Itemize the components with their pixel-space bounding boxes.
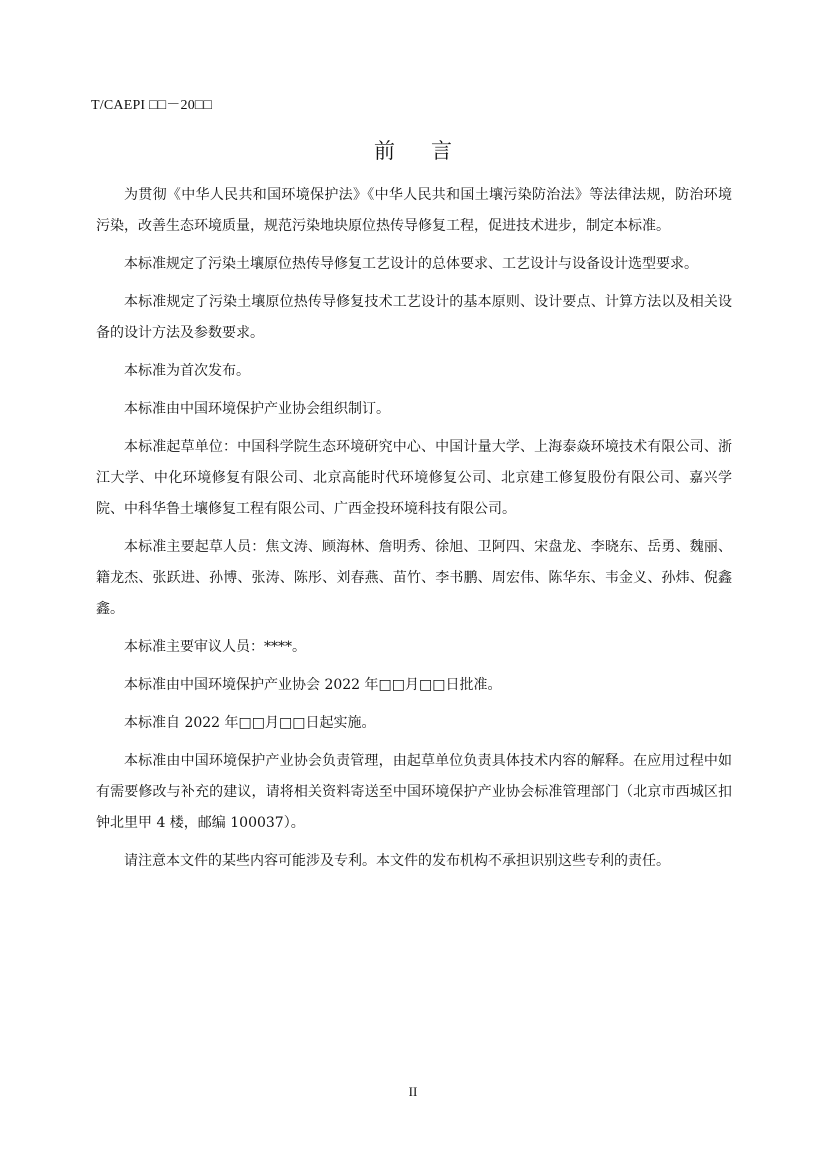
paragraph-effective-date: 本标准自 2022 年□□月□□日起实施。: [96, 708, 732, 739]
paragraph-management-contact: 本标准由中国环境保护产业协会负责管理，由起草单位负责具体技术内容的解释。在应用过…: [96, 746, 732, 839]
page-title: 前言: [0, 135, 826, 165]
document-number: T/CAEPI □□－20□□: [91, 94, 212, 114]
paragraph-organizer: 本标准由中国环境保护产业协会组织制订。: [96, 394, 732, 425]
paragraph-drafting-units: 本标准起草单位：中国科学院生态环境研究中心、中国计量大学、上海泰焱环境技术有限公…: [96, 432, 732, 525]
paragraph-patent-notice: 请注意本文件的某些内容可能涉及专利。本文件的发布机构不承担识别这些专利的责任。: [96, 846, 732, 877]
paragraph-scope-requirements: 本标准规定了污染土壤原位热传导修复工艺设计的总体要求、工艺设计与设备设计选型要求…: [96, 249, 732, 280]
paragraph-drafters: 本标准主要起草人员：焦文涛、顾海林、詹明秀、徐旭、卫阿四、宋盘龙、李晓东、岳勇、…: [96, 532, 732, 625]
paragraph-approval-date: 本标准由中国环境保护产业协会 2022 年□□月□□日批准。: [96, 670, 732, 701]
document-page: T/CAEPI □□－20□□ 前言 为贯彻《中华人民共和国环境保护法》《中华人…: [0, 0, 826, 1169]
paragraph-reviewers: 本标准主要审议人员：****。: [96, 632, 732, 663]
document-body: 为贯彻《中华人民共和国环境保护法》《中华人民共和国土壤污染防治法》等法律法规，防…: [96, 180, 732, 884]
paragraph-purpose: 为贯彻《中华人民共和国环境保护法》《中华人民共和国土壤污染防治法》等法律法规，防…: [96, 180, 732, 242]
paragraph-scope-methods: 本标准规定了污染土壤原位热传导修复技术工艺设计的基本原则、设计要点、计算方法以及…: [96, 287, 732, 349]
paragraph-first-release: 本标准为首次发布。: [96, 356, 732, 387]
page-number: II: [0, 1084, 826, 1100]
